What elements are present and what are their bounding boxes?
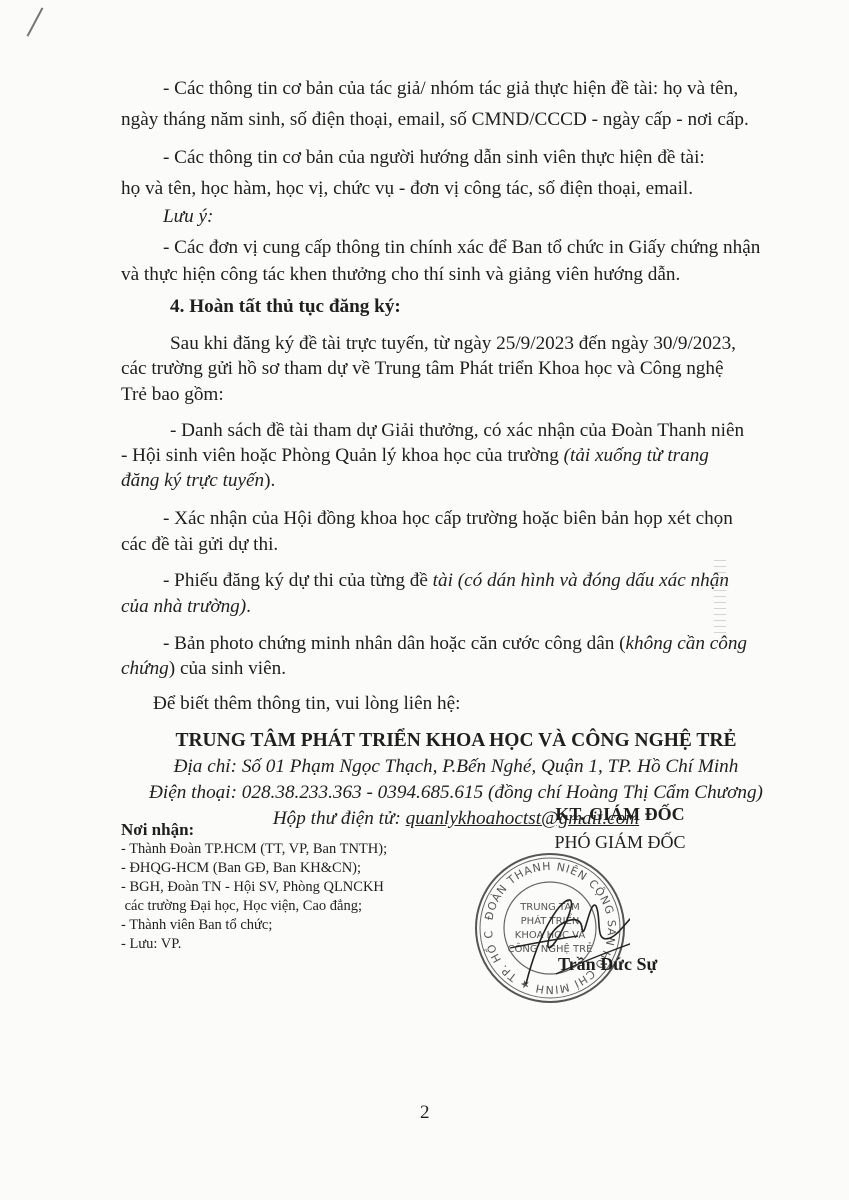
recipients-block: Nơi nhận: - Thành Đoàn TP.HCM (TT, VP, B… — [121, 820, 387, 954]
item-1-line-1: - Danh sách đề tài tham dự Giải thưởng, … — [170, 420, 744, 442]
item-3-line-2-italic: của nhà trường) — [121, 596, 246, 617]
recipients-heading: Nơi nhận: — [121, 820, 387, 840]
recipient-item: - Thành viên Ban tổ chức; — [121, 916, 387, 935]
recipient-item: các trường Đại học, Học viện, Cao đẳng; — [121, 897, 387, 916]
author-info-line-2: ngày tháng năm sinh, số điện thoại, emai… — [121, 109, 749, 131]
item-1-line-2-italic: (tải xuống từ trang — [564, 445, 709, 466]
advisor-info-line-2: họ và tên, học hàm, học vị, chức vụ - đơ… — [121, 178, 693, 200]
item-3-line-1-italic: tài (có dán hình và đóng dấu xác nhận — [433, 570, 729, 591]
item-1-line-3-text: ). — [264, 470, 275, 491]
section-4-intro-1: Sau khi đăng ký đề tài trực tuyến, từ ng… — [170, 333, 736, 355]
item-3-line-1: - Phiếu đăng ký dự thi của từng đề tài (… — [163, 570, 729, 592]
item-3-line-2-text: . — [246, 596, 251, 617]
signature-title-1: KT. GIÁM ĐỐC — [520, 800, 720, 828]
item-4-line-2: chứng) của sinh viên. — [121, 658, 286, 680]
recipient-item: - ĐHQG-HCM (Ban GĐ, Ban KH&CN); — [121, 859, 387, 878]
advisor-info-line-1: - Các thông tin cơ bản của người hướng d… — [163, 147, 705, 169]
page-number: 2 — [420, 1102, 430, 1124]
item-1-line-2-text: - Hội sinh viên hoặc Phòng Quản lý khoa … — [121, 445, 564, 466]
author-info-line-1: - Các thông tin cơ bản của tác giả/ nhóm… — [163, 78, 738, 100]
org-name: TRUNG TÂM PHÁT TRIỂN KHOA HỌC VÀ CÔNG NG… — [121, 730, 791, 752]
section-4-intro-2: các trường gửi hồ sơ tham dự về Trung tâ… — [121, 358, 724, 380]
scan-mark — [27, 7, 44, 36]
svg-text:KHOA HỌC VÀ: KHOA HỌC VÀ — [515, 928, 586, 941]
section-4-title: 4. Hoàn tất thủ tục đăng ký: — [170, 296, 401, 318]
item-4-line-2-text: ) của sinh viên. — [169, 658, 286, 679]
item-1-line-3-italic: đăng ký trực tuyến — [121, 470, 264, 491]
signer-name: Trần Đức Sự — [558, 954, 657, 975]
note-line-1: - Các đơn vị cung cấp thông tin chính xá… — [163, 237, 760, 259]
section-4-intro-3: Trẻ bao gồm: — [121, 384, 224, 406]
org-address: Địa chỉ: Số 01 Phạm Ngọc Thạch, P.Bến Ng… — [121, 756, 791, 778]
document-page: - Các thông tin cơ bản của tác giả/ nhóm… — [0, 0, 849, 1200]
item-2-line-2: các đề tài gửi dự thi. — [121, 534, 278, 556]
contact-intro: Để biết thêm thông tin, vui lòng liên hệ… — [153, 693, 461, 715]
item-3-line-2: của nhà trường). — [121, 596, 251, 618]
item-1-line-3: đăng ký trực tuyến). — [121, 470, 275, 492]
item-4-line-1-italic: không cần công — [626, 633, 748, 654]
item-3-line-1-text: - Phiếu đăng ký dự thi của từng đề — [163, 570, 433, 591]
official-stamp-icon: ĐOÀN THANH NIÊN CỘNG SẢN HỒ CHÍ MINH ★ T… — [470, 848, 630, 1008]
scan-artifact — [714, 560, 726, 638]
recipient-item: - Lưu: VP. — [121, 935, 387, 954]
item-4-line-1: - Bản photo chứng minh nhân dân hoặc căn… — [163, 633, 747, 655]
item-1-line-2: - Hội sinh viên hoặc Phòng Quản lý khoa … — [121, 445, 709, 467]
item-4-line-1-text: - Bản photo chứng minh nhân dân hoặc căn… — [163, 633, 626, 654]
item-2-line-1: - Xác nhận của Hội đồng khoa học cấp trư… — [163, 508, 733, 530]
recipient-item: - BGH, Đoàn TN - Hội SV, Phòng QLNCKH — [121, 878, 387, 897]
item-4-line-2-italic: chứng — [121, 658, 169, 679]
recipient-item: - Thành Đoàn TP.HCM (TT, VP, Ban TNTH); — [121, 840, 387, 859]
note-line-2: và thực hiện công tác khen thưởng cho th… — [121, 264, 680, 286]
note-label: Lưu ý: — [163, 206, 213, 228]
